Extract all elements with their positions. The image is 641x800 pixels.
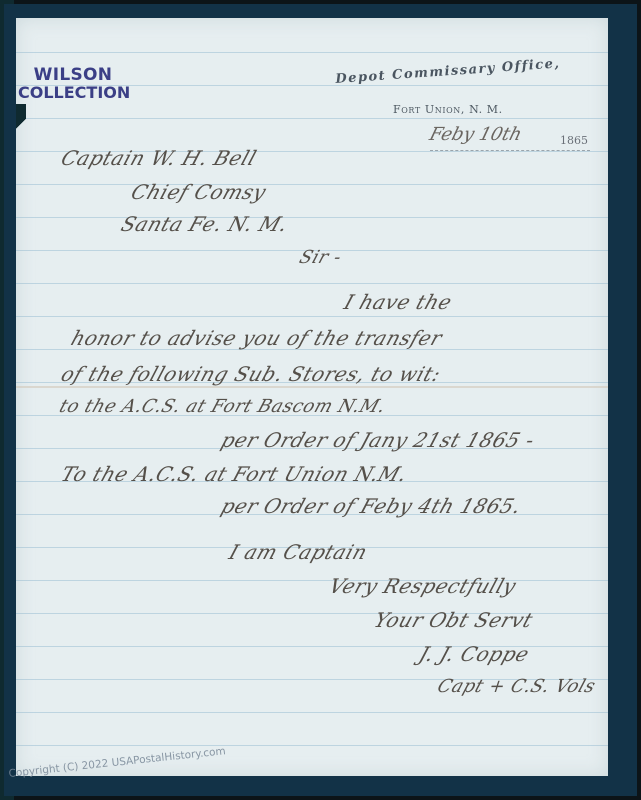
closing-line-3: Your Obt Servt [371,608,536,632]
year-handwritten: 5 [581,134,588,147]
address-line-1: Captain W. H. Bell [58,146,260,170]
address-line-3: Santa Fe. N. M. [118,212,291,236]
body-line-6: To the A.C.S. at Fort Union N.M. [58,462,410,486]
date-line: Feby 10th 1865 [430,128,590,151]
letterhead-place: Fort Union, N. M. [393,103,503,116]
fold-crease [16,386,608,388]
body-line-7: per Order of Feby 4th 1865. [218,494,525,518]
signature: J. J. Coppe [416,642,532,666]
body-line-3: of the following Sub. Stores, to wit: [58,362,444,386]
signature-title: Capt + C.S. Vols [435,676,599,697]
body-line-5: per Order of Jany 21st 1865 - [218,428,538,452]
letterhead: Depot Commissary Office, [330,62,590,102]
address-line-2: Chief Comsy [128,180,269,204]
handwritten-date: Feby 10th [427,124,524,145]
closing-line-1: I am Captain [226,540,371,564]
body-line-2: honor to advise you of the transfer [68,326,445,350]
stamp-line-2: COLLECTION [18,84,128,102]
collection-stamp: WILSON COLLECTION [18,66,128,102]
date-year: 1865 [560,134,588,147]
body-line-1: I have the [341,290,455,314]
closing-line-2: Very Respectfully [326,574,519,598]
year-printed: 186 [560,134,581,147]
stamp-line-1: WILSON [18,66,128,84]
paper-corner-fold [16,104,26,144]
salutation: Sir - [297,247,345,268]
body-line-4: to the A.C.S. at Fort Bascom N.M. [57,396,389,417]
